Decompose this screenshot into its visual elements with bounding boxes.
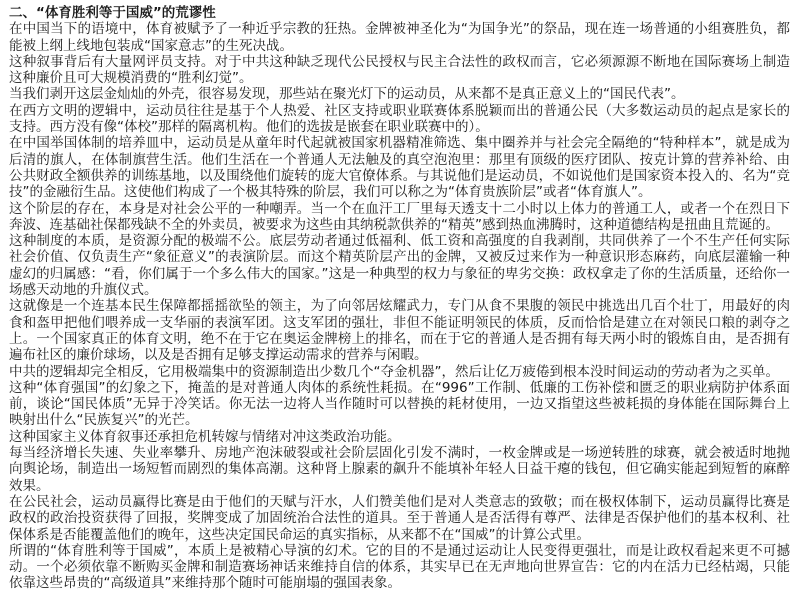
document-page: 二、“体育胜利等于国威”的荒谬性 在中国当下的语境中，体育被赋予了一种近乎宗教的… [0, 0, 800, 607]
paragraph: 在公民社会，运动员赢得比赛是由于他们的天赋与汗水，人们赞美他们是对人类意志的致敬… [9, 494, 790, 543]
paragraph: 在中国举国体制的培养皿中，运动员是从童年时代起就被国家机器精准筛选、集中圈养并与… [9, 135, 790, 200]
paragraph: 这个阶层的存在，本身是对社会公平的一种嘲弄。当一个在血汗工厂里每天透支十二小时以… [9, 201, 790, 234]
paragraph: 这种国家主义体育叙事还承担危机转嫁与情绪对冲这类政治功能。 [9, 429, 790, 445]
paragraph: 当我们剥开这层金灿灿的外壳，很容易发现，那些站在聚光灯下的运动员，从来都不是真正… [9, 86, 790, 102]
paragraph: 这种“体育强国”的幻象之下，掩盖的是对普通人肉体的系统性耗损。在“996”工作制… [9, 380, 790, 429]
paragraph: 所谓的“体育胜利等于国威”，本质上是被精心导演的幻术。它的目的不是通过运动让人民… [9, 543, 790, 592]
paragraph: 在西方文明的逻辑中，运动员往往是基于个人热爱、社区支持或职业联赛体系脱颖而出的普… [9, 103, 790, 136]
document-title: 二、“体育胜利等于国威”的荒谬性 [9, 5, 790, 21]
paragraph: 这就像是一个连基本民生保障都摇摇欲坠的领主，为了向邻居炫耀武力，专门从食不果腹的… [9, 298, 790, 363]
paragraph: 在中国当下的语境中，体育被赋予了一种近乎宗教的狂热。金牌被神圣化为“为国争光”的… [9, 21, 790, 54]
paragraph: 中共的逻辑却完全相反，它用极端集中的资源制造出少数几个“夺金机器”，然后让亿万疲… [9, 364, 790, 380]
paragraph: 这种叙事背后有大量网评员支持。对于中共这种缺乏现代公民授权与民主合法性的政权而言… [9, 54, 790, 87]
paragraph: 这种制度的本质，是资源分配的极端不公。底层劳动者通过低福利、低工资和高强度的自我… [9, 233, 790, 298]
paragraph: 每当经济增长失速、失业率攀升、房地产泡沫破裂或社会阶层固化引发不满时，一枚金牌或… [9, 445, 790, 494]
